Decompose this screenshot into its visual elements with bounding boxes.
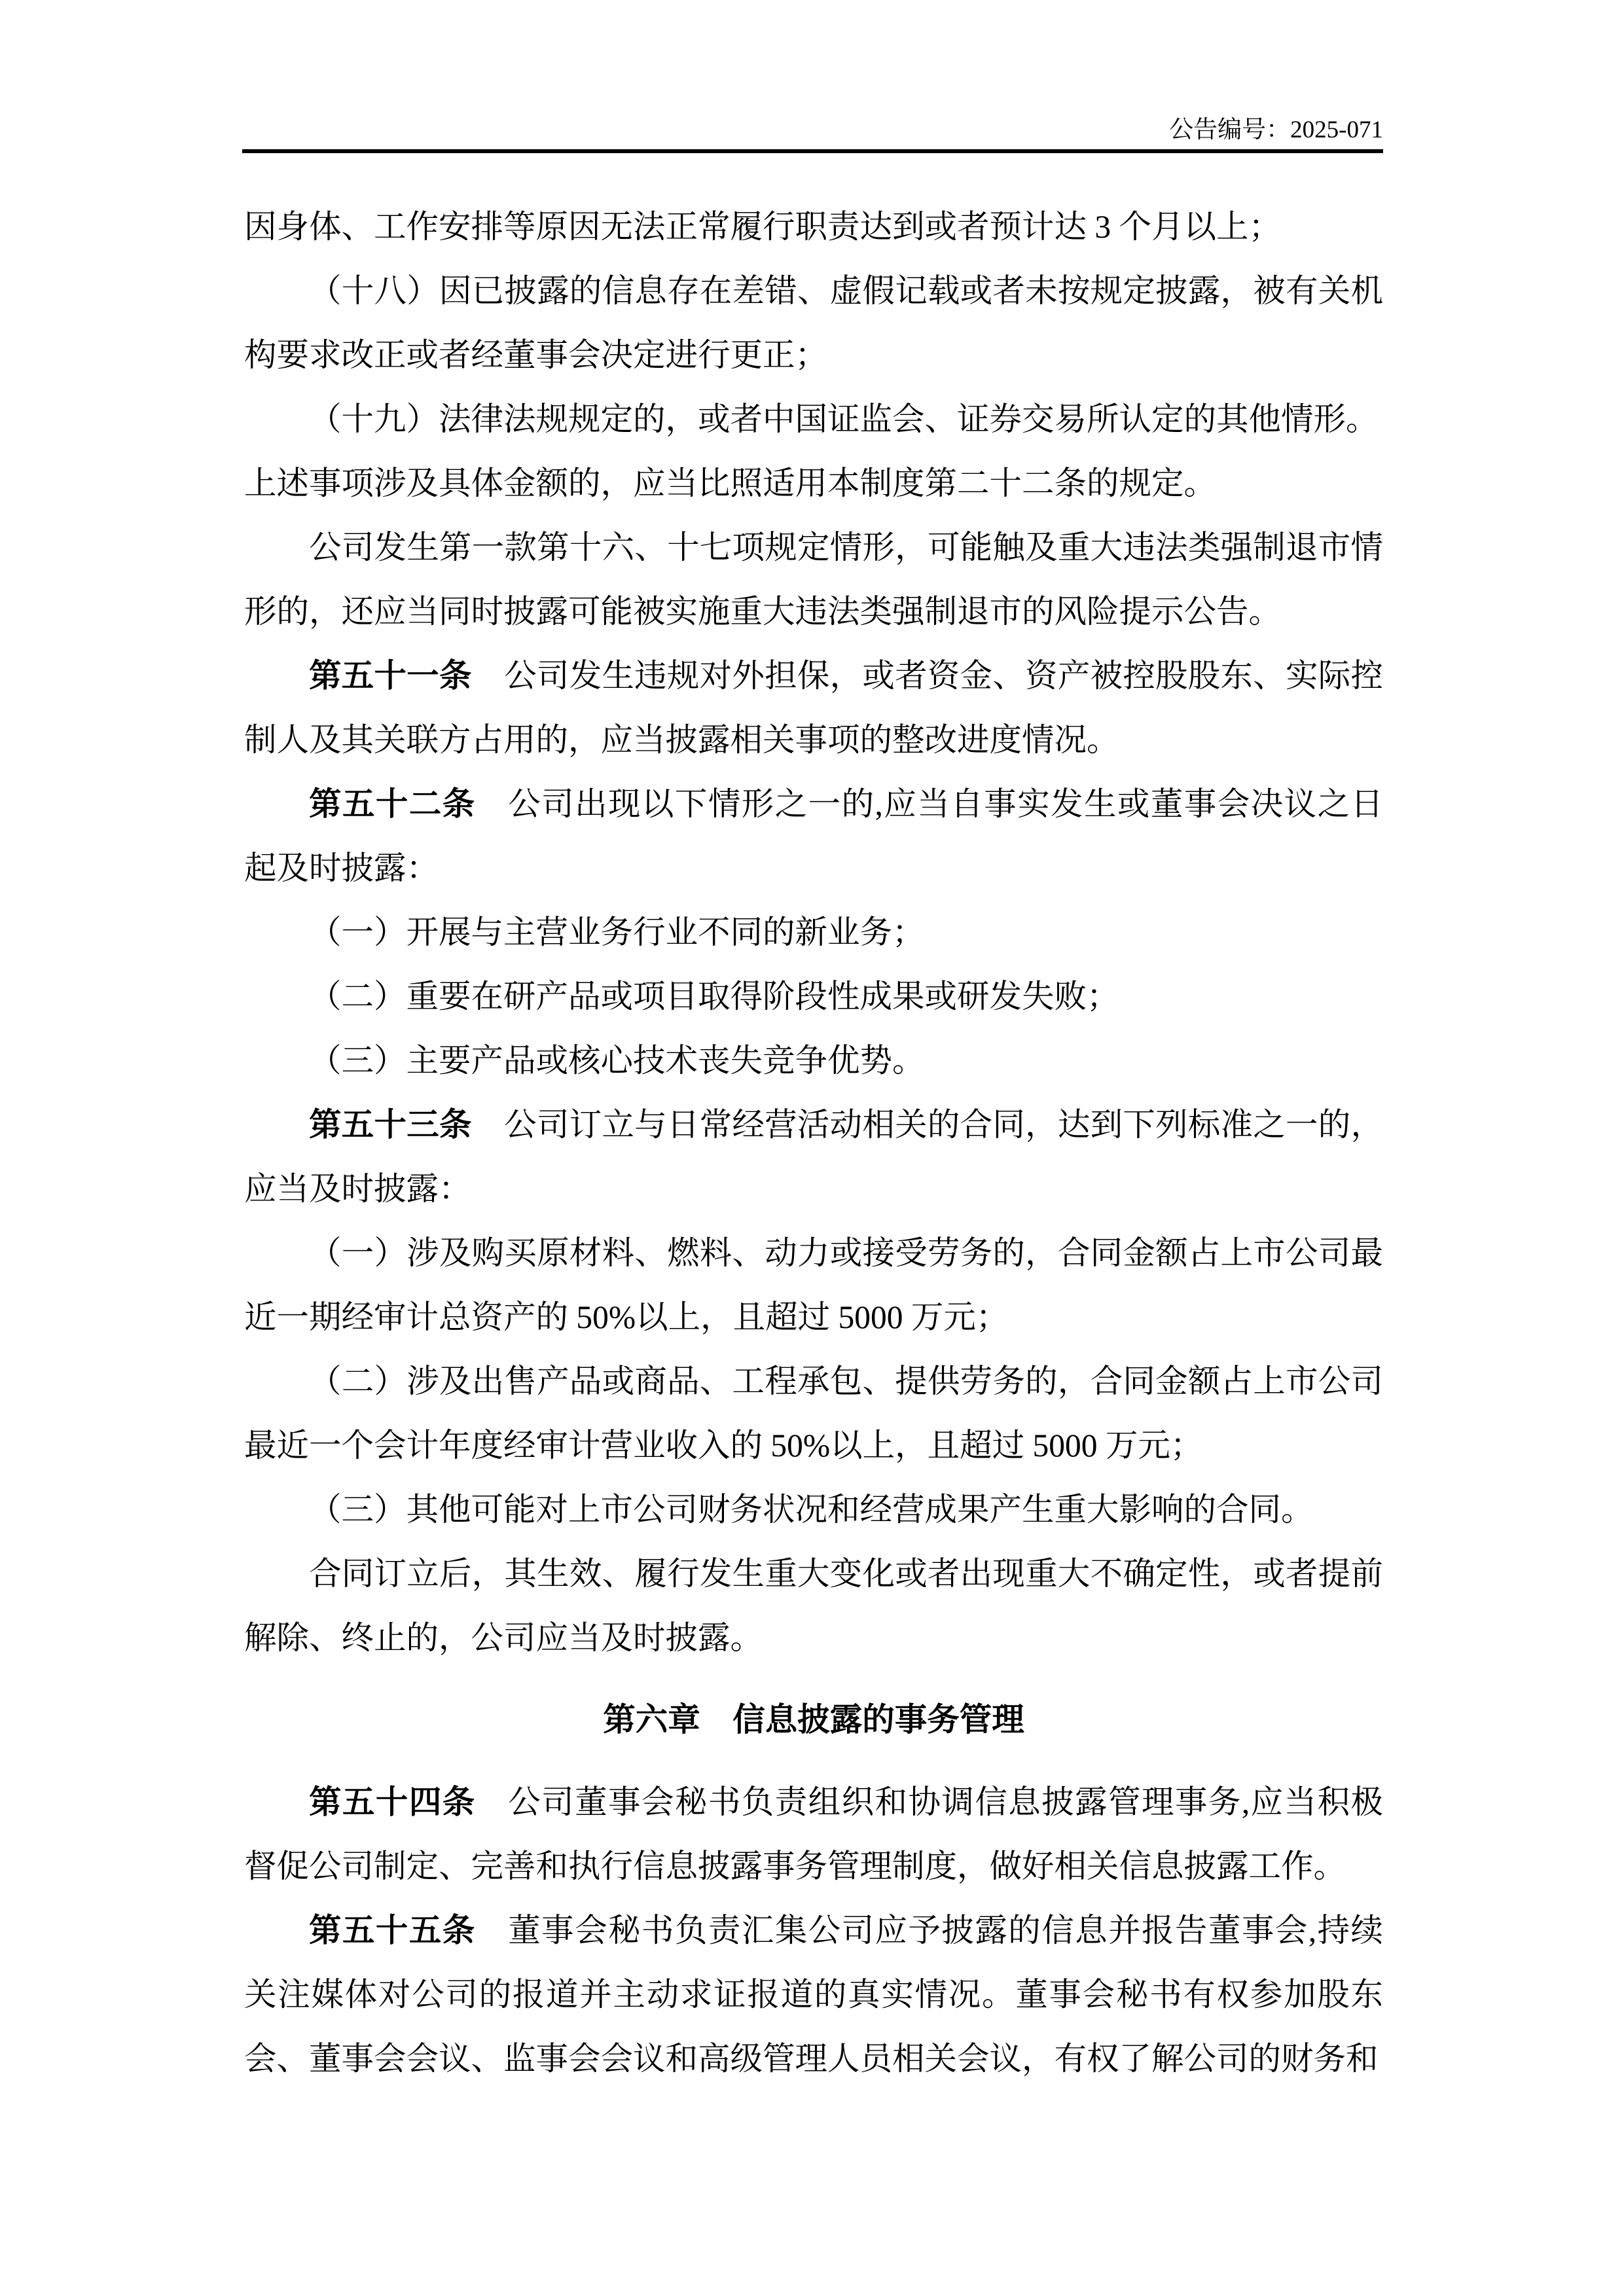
paragraph-text: （二）重要在研产品或项目取得阶段性成果或研发失败； — [309, 978, 1119, 1014]
paragraph: 合同订立后，其生效、履行发生重大变化或者出现重大不确定性，或者提前解除、终止的，… — [244, 1542, 1383, 1670]
page-header: 公告编号：2025-071 — [244, 117, 1383, 144]
paragraph-text: （十九）法律法规规定的，或者中国证监会、证券交易所认定的其他情形。 — [309, 401, 1379, 437]
paragraph-text: 合同订立后，其生效、履行发生重大变化或者出现重大不确定性，或者提前解除、终止的，… — [244, 1556, 1383, 1656]
paragraph: 上述事项涉及具体金额的，应当比照适用本制度第二十二条的规定。 — [244, 452, 1383, 516]
paragraph: （三）主要产品或核心技术丧失竞争优势。 — [244, 1029, 1383, 1093]
paragraph: 第五十一条公司发生违规对外担保，或者资金、资产被控股股东、实际控制人及其关联方占… — [244, 644, 1383, 772]
paragraph: （一）涉及购买原材料、燃料、动力或接受劳务的，合同金额占上市公司最近一期经审计总… — [244, 1221, 1383, 1350]
paragraph: 第五十二条公司出现以下情形之一的,应当自事实发生或董事会决议之日起及时披露： — [244, 772, 1383, 901]
article-number: 第五十五条 — [309, 1912, 476, 1948]
document-body: 因身体、工作安排等原因无法正常履行职责达到或者预计达 3 个月以上； （十八）因… — [244, 195, 1383, 2091]
paragraph-text: （三）主要产品或核心技术丧失竞争优势。 — [309, 1043, 925, 1079]
paragraph-text: （一）开展与主营业务行业不同的新业务； — [309, 914, 925, 950]
paragraph: （十九）法律法规规定的，或者中国证监会、证券交易所认定的其他情形。 — [244, 387, 1383, 452]
paragraph: （三）其他可能对上市公司财务状况和经营成果产生重大影响的合同。 — [244, 1478, 1383, 1542]
paragraph-text: （十八）因已披露的信息存在差错、虚假记载或者未按规定披露，被有关机构要求改正或者… — [244, 273, 1383, 373]
article-number: 第五十二条 — [309, 786, 476, 822]
paragraph: （二）重要在研产品或项目取得阶段性成果或研发失败； — [244, 965, 1383, 1029]
announcement-number: 公告编号：2025-071 — [1169, 117, 1383, 143]
paragraph-text: （三）其他可能对上市公司财务状况和经营成果产生重大影响的合同。 — [309, 1492, 1314, 1528]
header-divider — [242, 149, 1383, 153]
paragraph-text: （一）涉及购买原材料、燃料、动力或接受劳务的，合同金额占上市公司最近一期经审计总… — [244, 1235, 1383, 1335]
article-number: 第五十四条 — [309, 1784, 476, 1820]
paragraph-text: 公司发生第一款第十六、十七项规定情形，可能触及重大违法类强制退市情形的，还应当同… — [244, 529, 1383, 630]
paragraph-text: 上述事项涉及具体金额的，应当比照适用本制度第二十二条的规定。 — [244, 465, 1216, 501]
document-page: 公告编号：2025-071 因身体、工作安排等原因无法正常履行职责达到或者预计达… — [0, 0, 1624, 2296]
article-number: 第五十三条 — [309, 1107, 472, 1143]
paragraph: （十八）因已披露的信息存在差错、虚假记载或者未按规定披露，被有关机构要求改正或者… — [244, 259, 1383, 387]
paragraph: 第五十五条董事会秘书负责汇集公司应予披露的信息并报告董事会,持续关注媒体对公司的… — [244, 1899, 1383, 2091]
paragraph: （一）开展与主营业务行业不同的新业务； — [244, 901, 1383, 965]
paragraph: 因身体、工作安排等原因无法正常履行职责达到或者预计达 3 个月以上； — [244, 195, 1383, 259]
chapter-heading: 第六章 信息披露的事务管理 — [244, 1688, 1383, 1752]
article-number: 第五十一条 — [309, 658, 472, 694]
paragraph-text: （二）涉及出售产品或商品、工程承包、提供劳务的，合同金额占上市公司最近一个会计年… — [244, 1363, 1383, 1463]
paragraph: 公司发生第一款第十六、十七项规定情形，可能触及重大违法类强制退市情形的，还应当同… — [244, 516, 1383, 644]
paragraph: （二）涉及出售产品或商品、工程承包、提供劳务的，合同金额占上市公司最近一个会计年… — [244, 1350, 1383, 1478]
paragraph-text: 因身体、工作安排等原因无法正常履行职责达到或者预计达 3 个月以上； — [244, 209, 1281, 245]
paragraph: 第五十四条公司董事会秘书负责组织和协调信息披露管理事务,应当积极督促公司制定、完… — [244, 1770, 1383, 1899]
paragraph: 第五十三条公司订立与日常经营活动相关的合同，达到下列标准之一的，应当及时披露： — [244, 1093, 1383, 1221]
